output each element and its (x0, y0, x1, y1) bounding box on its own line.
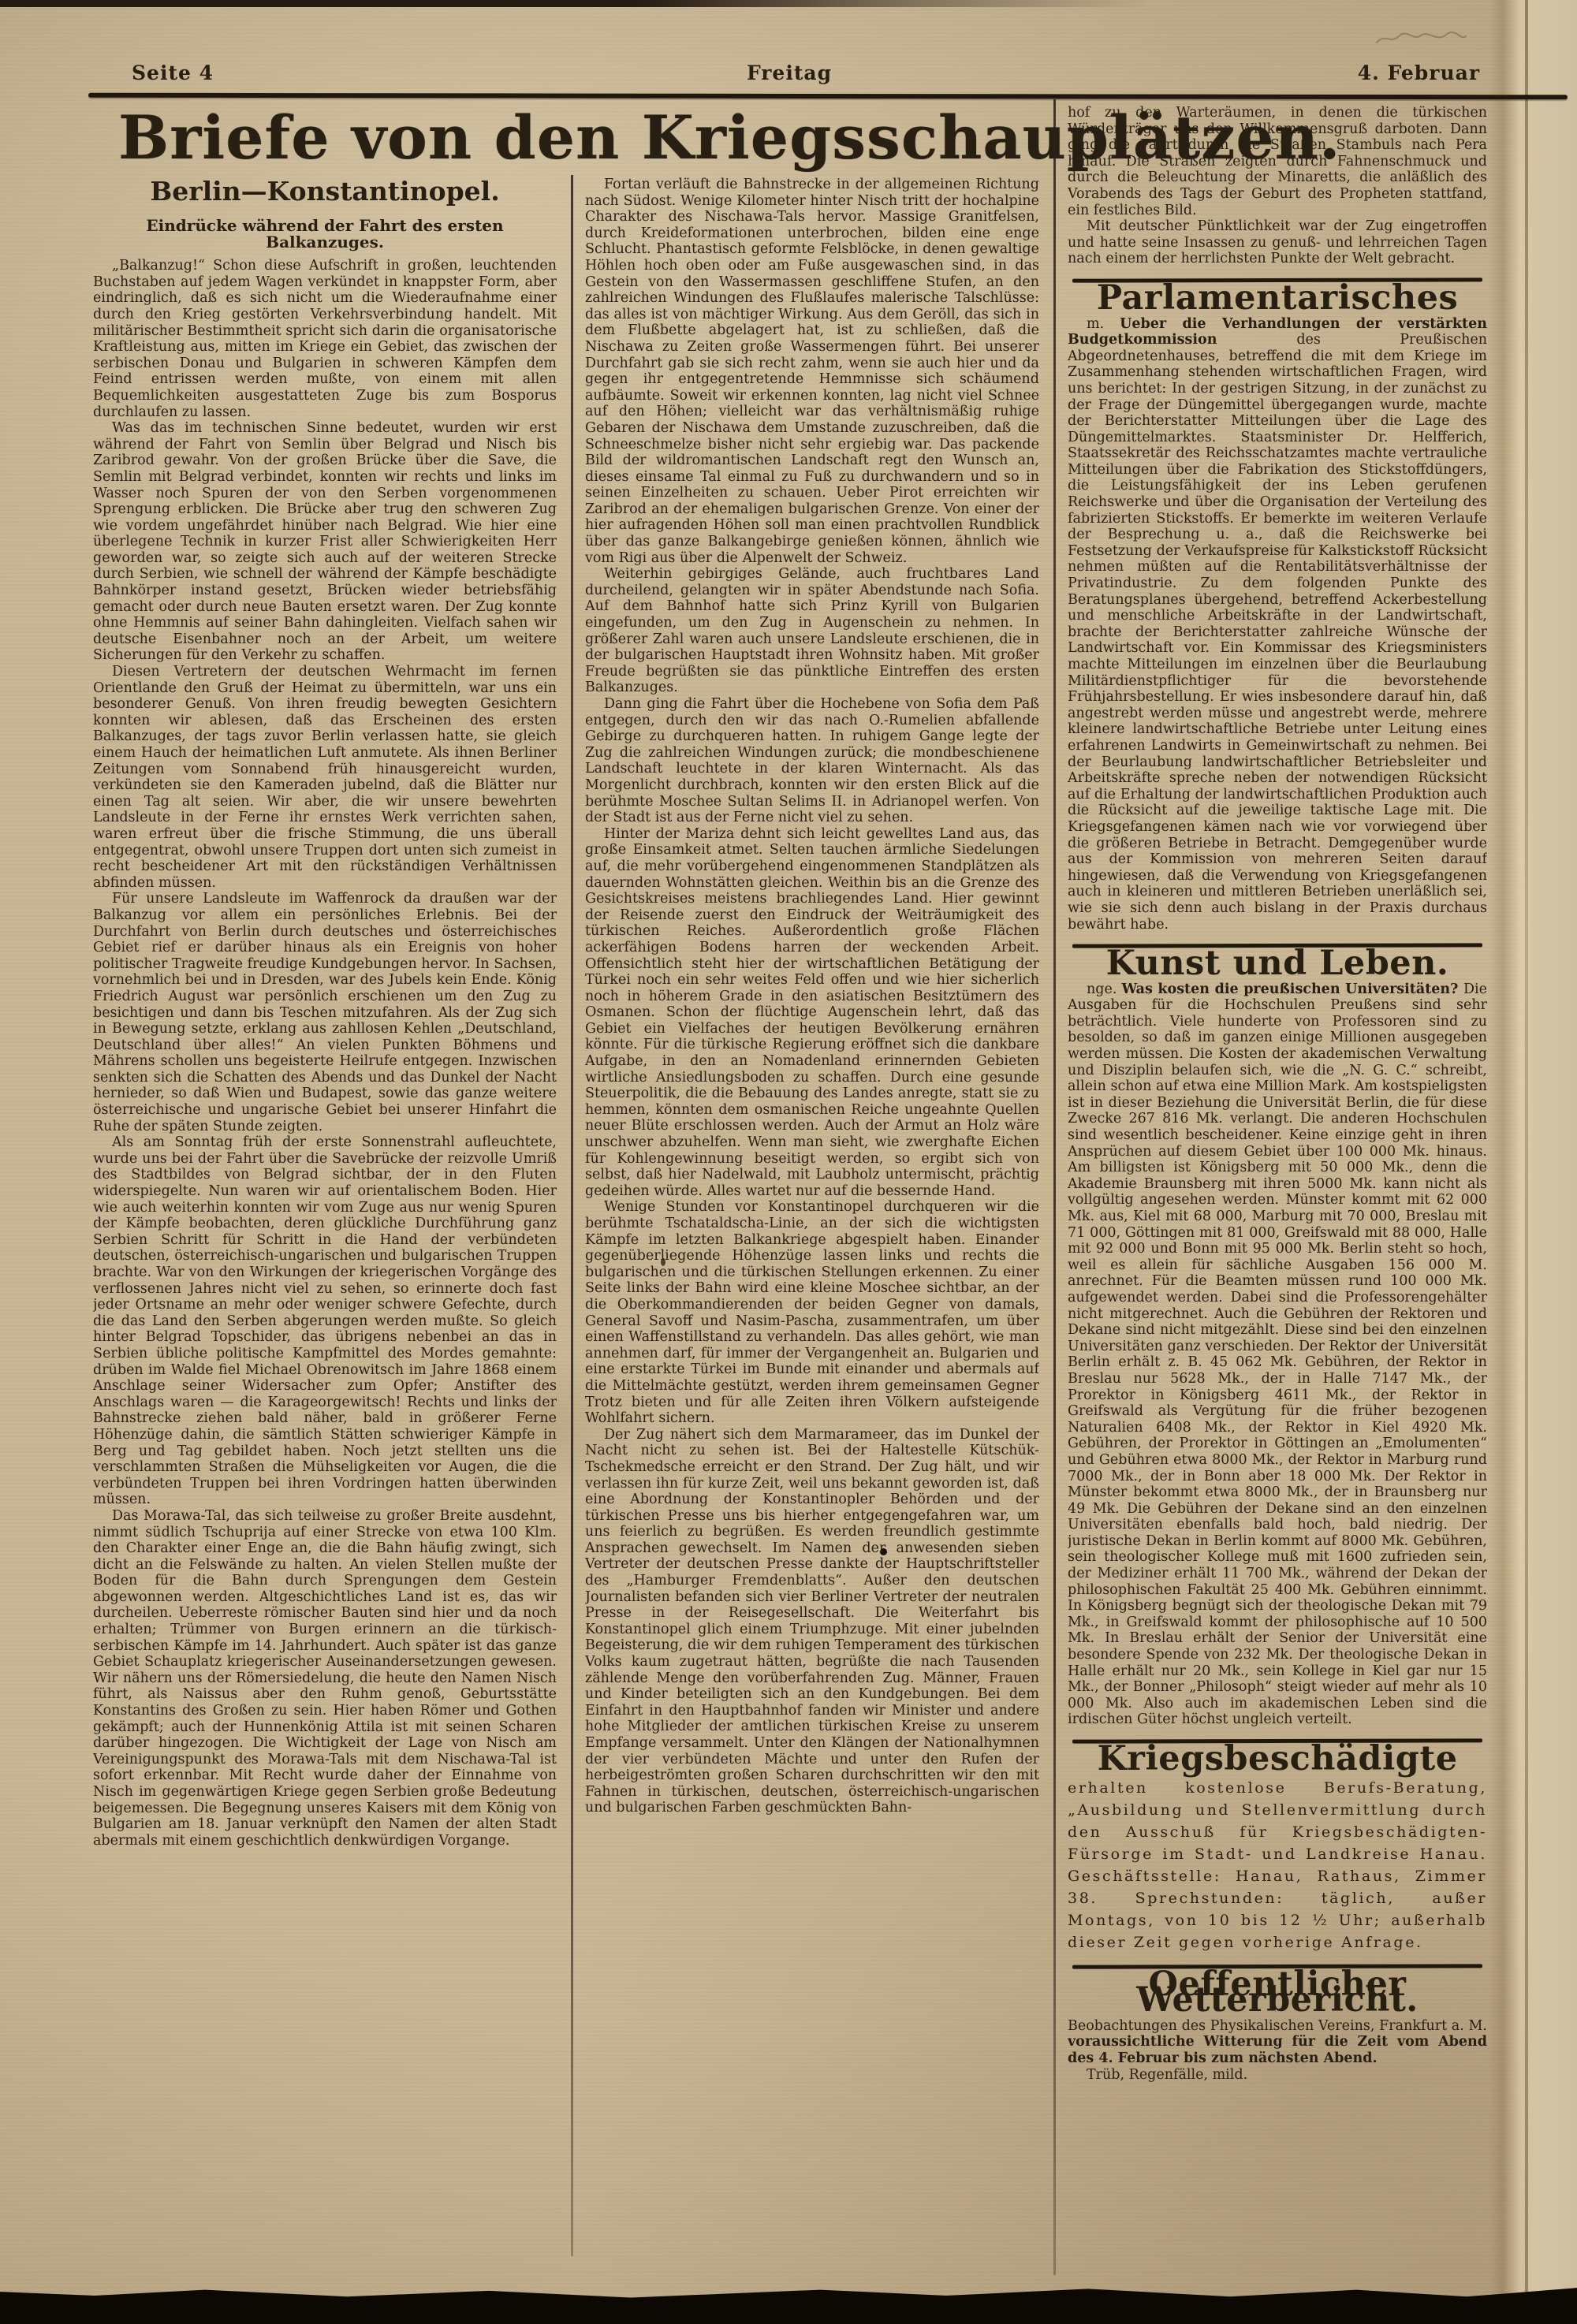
article-paragraph: Weiterhin gebirgiges Gelände, auch fruch… (585, 566, 1039, 696)
article-paragraph: „Balkanzug!“ Schon diese Aufschrift in g… (93, 258, 557, 420)
article-paragraph: Diesen Vertretern der deutschen Wehrmach… (93, 664, 557, 891)
page-header: Seite 4 Freitag 4. Februar (91, 61, 1488, 88)
section-heading-oeffentlicher-wetterbericht: Oeffentlicher Wetterbericht. (1068, 1976, 1487, 2009)
article-paragraph: Wenige Stunden vor Konstantinopel durchq… (585, 1199, 1039, 1426)
article-paragraph: Für unsere Landsleute im Waffenrock da d… (93, 891, 557, 1134)
pencil-scribble (1374, 28, 1468, 49)
article-paragraph: Fortan verläuft die Bahnstrecke in der a… (585, 177, 1039, 566)
section-heading-parlamentarisches: Parlamentarisches (1068, 290, 1487, 307)
weekday: Freitag (91, 61, 1488, 84)
column-divider (571, 175, 573, 2256)
column-3: hof zu den Warteräumen, in denen die tür… (1068, 105, 1487, 2289)
paper-crease-line (1525, 0, 1528, 2324)
article-paragraph: Beobachtungen des Physikalischen Vereins… (1068, 2018, 1487, 2067)
issue-date: 4. Februar (1358, 61, 1480, 84)
article-paragraph: m. Ueber die Verhandlungen der verstärkt… (1068, 316, 1487, 933)
article-paragraph: Hinter der Mariza dehnt sich leicht gewe… (585, 826, 1039, 1200)
section-divider (1072, 1964, 1482, 1968)
article-paragraph: Das Morawa-Tal, das sich teilweise zu gr… (93, 1508, 557, 1849)
column-divider (1053, 99, 1056, 2275)
article-paragraph: Dann ging die Fahrt über die Hochebene v… (585, 696, 1039, 826)
article-paragraph: Trüb, Regenfälle, mild. (1068, 2067, 1487, 2084)
section-heading-kriegsbeschädigte: Kriegsbeschädigte (1068, 1751, 1487, 1767)
article-paragraph: Der Zug nähert sich dem Marmarameer, das… (585, 1427, 1039, 1816)
main-headline: Briefe von den Kriegsschauplätzen. (118, 102, 1045, 173)
article-paragraph: erhalten kostenlose Berufs-Beratung, „Au… (1068, 1777, 1487, 1953)
article-paragraph: nge. Was kosten die preußischen Universi… (1068, 981, 1487, 1728)
column-1: Berlin—Konstantinopel. Eindrücke während… (93, 177, 557, 2226)
section-heading-kunst-und-leben: Kunst und Leben. (1068, 955, 1487, 972)
newspaper-page: { "page": { "colors": { "paper": "#c9b79… (0, 0, 1577, 2324)
column-2: Fortan verläuft die Bahnstrecke in der a… (585, 177, 1039, 2289)
article-paragraph: hof zu den Warteräumen, in denen die tür… (1068, 105, 1487, 218)
article-subheadline: Berlin—Konstantinopel. (93, 177, 557, 207)
article-paragraph: Was das im technischen Sinne bedeutet, w… (93, 420, 557, 664)
paper-fold-margin (1489, 0, 1577, 2324)
article-paragraph: Als am Sonntag früh der erste Sonnenstra… (93, 1134, 557, 1508)
paper-top-edge (0, 0, 1151, 7)
article-dateline: Eindrücke während der Fahrt des ersten B… (93, 218, 557, 250)
article-paragraph: Mit deutscher Pünktlichkeit war der Zug … (1068, 218, 1487, 267)
header-rule (88, 93, 1568, 100)
